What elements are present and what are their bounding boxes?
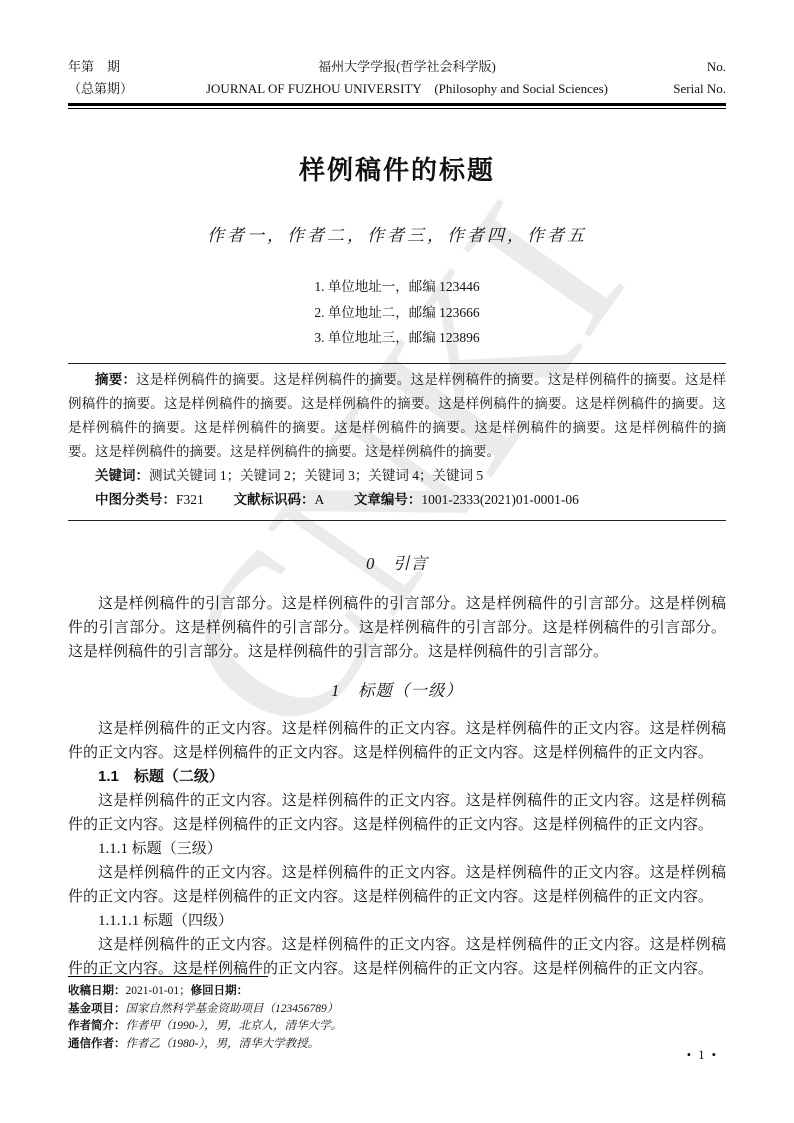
abstract-text: 这是样例稿件的摘要。这是样例稿件的摘要。这是样例稿件的摘要。这是样例稿件的摘要。… xyxy=(68,372,726,459)
article-id-value: 1001-2333(2021)01-0001-06 xyxy=(421,492,578,507)
header-rule xyxy=(68,103,726,109)
section-heading-level3: 1.1.1 标题（三级） xyxy=(68,837,726,861)
keywords-label: 关键词： xyxy=(95,468,149,483)
section-heading-level1: 1 标题（一级） xyxy=(68,678,726,703)
page-number: • 1 • xyxy=(687,1048,718,1063)
running-head-row-2: （总第期） JOURNAL OF FUZHOU UNIVERSITY (Phil… xyxy=(68,78,726,100)
abstract-rule-bottom xyxy=(68,520,726,521)
section-paragraph: 这是样例稿件的引言部分。这是样例稿件的引言部分。这是样例稿件的引言部分。这是样例… xyxy=(68,592,726,664)
affiliation-line: 3. 单位地址三，邮编 123896 xyxy=(68,325,726,351)
running-head-row-1: 年第 期 福州大学学报(哲学社会科学版) No. xyxy=(68,56,726,78)
abstract-paragraph: 摘要：这是样例稿件的摘要。这是样例稿件的摘要。这是样例稿件的摘要。这是样例稿件的… xyxy=(68,368,726,464)
section-paragraph: 这是样例稿件的正文内容。这是样例稿件的正文内容。这是样例稿件的正文内容。这是样例… xyxy=(68,789,726,837)
issue-info: 年第 期 xyxy=(68,56,163,78)
author-line: 作者一，作者二，作者三，作者四，作者五 xyxy=(68,224,726,248)
revised-label: 修回日期： xyxy=(191,985,249,997)
section-paragraph: 这是样例稿件的正文内容。这是样例稿件的正文内容。这是样例稿件的正文内容。这是样例… xyxy=(68,933,726,981)
section-heading-level1: 0 引言 xyxy=(68,551,726,576)
classification-line: 中图分类号：F321文献标识码：A文章编号：1001-2333(2021)01-… xyxy=(68,488,726,512)
doc-code-label: 文献标识码： xyxy=(233,492,314,507)
fund-value: 国家自然科学基金资助项目（123456789） xyxy=(126,1003,339,1015)
journal-title-cn: 福州大学学报(哲学社会科学版) xyxy=(163,56,651,78)
corr-label: 通信作者： xyxy=(68,1038,126,1050)
affiliation-line: 2. 单位地址二，邮编 123666 xyxy=(68,300,726,326)
abstract-label: 摘要： xyxy=(95,372,136,387)
abstract-rule-top xyxy=(68,363,726,364)
serial-no: Serial No. xyxy=(651,78,726,100)
footnote-rule xyxy=(68,976,268,977)
issue-no: No. xyxy=(651,56,726,78)
section-paragraph: 这是样例稿件的正文内容。这是样例稿件的正文内容。这是样例稿件的正文内容。这是样例… xyxy=(68,861,726,909)
fund-label: 基金项目： xyxy=(68,1003,126,1015)
serial-info: （总第期） xyxy=(68,78,163,100)
corr-value: 作者乙（1980-），男，清华大学教授。 xyxy=(126,1038,320,1050)
footnote-corresponding: 通信作者：作者乙（1980-），男，清华大学教授。 xyxy=(68,1036,726,1054)
article-title: 样例稿件的标题 xyxy=(68,156,726,186)
footnote-bio: 作者简介：作者甲（1990-），男，北京人，清华大学。 xyxy=(68,1018,726,1036)
keywords-line: 关键词：测试关键词 1；关键词 2；关键词 3；关键词 4；关键词 5 xyxy=(68,464,726,488)
clc-label: 中图分类号： xyxy=(95,492,176,507)
footnote-received: 收稿日期：2021-01-01；修回日期： xyxy=(68,983,726,1001)
bio-label: 作者简介： xyxy=(68,1020,126,1032)
article-content: 样例稿件的标题 作者一，作者二，作者三，作者四，作者五 1. 单位地址一，邮编 … xyxy=(68,140,726,981)
article-id-label: 文章编号： xyxy=(354,492,422,507)
bio-value: 作者甲（1990-），男，北京人，清华大学。 xyxy=(126,1020,343,1032)
clc-value: F321 xyxy=(176,492,204,507)
running-head: 年第 期 福州大学学报(哲学社会科学版) No. （总第期） JOURNAL O… xyxy=(68,56,726,109)
section-paragraph: 这是样例稿件的正文内容。这是样例稿件的正文内容。这是样例稿件的正文内容。这是样例… xyxy=(68,717,726,765)
journal-page: CNKI 年第 期 福州大学学报(哲学社会科学版) No. （总第期） JOUR… xyxy=(0,0,794,1123)
affiliation-list: 1. 单位地址一，邮编 123446 2. 单位地址二，邮编 123666 3.… xyxy=(68,274,726,351)
footnote-fund: 基金项目：国家自然科学基金资助项目（123456789） xyxy=(68,1001,726,1019)
affiliation-line: 1. 单位地址一，邮编 123446 xyxy=(68,274,726,300)
section-heading-level4: 1.1.1.1 标题（四级） xyxy=(68,909,726,933)
section-heading-level2: 1.1 标题（二级） xyxy=(68,765,726,789)
received-value: 2021-01-01； xyxy=(126,985,191,997)
doc-code-value: A xyxy=(314,492,324,507)
keywords-text: 测试关键词 1；关键词 2；关键词 3；关键词 4；关键词 5 xyxy=(149,468,483,483)
abstract-block: 摘要：这是样例稿件的摘要。这是样例稿件的摘要。这是样例稿件的摘要。这是样例稿件的… xyxy=(68,368,726,512)
received-label: 收稿日期： xyxy=(68,985,126,997)
footnote-block: 收稿日期：2021-01-01；修回日期： 基金项目：国家自然科学基金资助项目（… xyxy=(68,976,726,1053)
journal-title-en: JOURNAL OF FUZHOU UNIVERSITY (Philosophy… xyxy=(163,78,651,100)
